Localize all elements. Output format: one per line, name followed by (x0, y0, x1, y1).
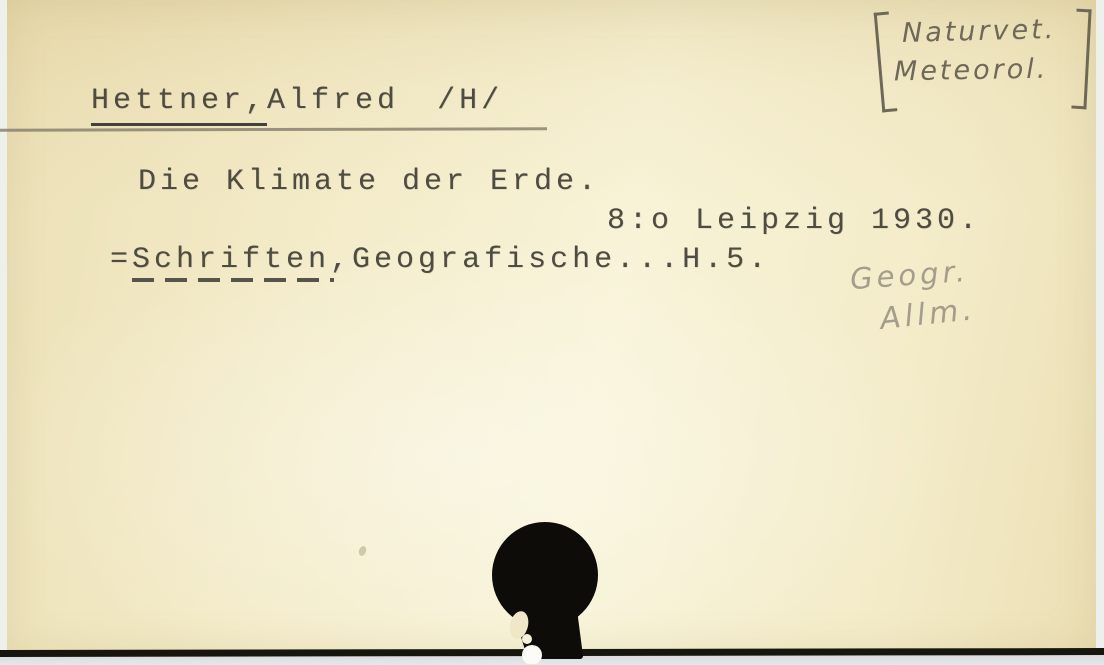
author-forename: Alfred (267, 84, 399, 118)
torn-paper-fleck (522, 634, 532, 644)
heading-code: /H/ (437, 84, 503, 118)
series-dashed-underline (132, 278, 334, 282)
author-surname: Hettner, (91, 84, 267, 126)
series-name: Schriften (132, 243, 330, 277)
author-heading: Hettner,Alfred/H/ (91, 84, 503, 126)
subject-annotation-line2: Meteorol. (894, 54, 1049, 88)
punch-hole (448, 518, 648, 664)
series-prefix: = (110, 243, 132, 277)
punch-hole-circle (492, 522, 598, 628)
scanned-catalog-card: Hettner,Alfred/H/ Die Klimate der Erde. … (0, 0, 1104, 665)
series-rest: ,Geografische...H.5. (330, 243, 770, 277)
series-statement: =Schriften,Geografische...H.5. (110, 243, 770, 277)
work-title: Die Klimate der Erde. (138, 165, 600, 199)
imprint: 8:o Leipzig 1930. (607, 204, 981, 238)
subject-annotation-line1: Naturvet. (902, 14, 1057, 49)
